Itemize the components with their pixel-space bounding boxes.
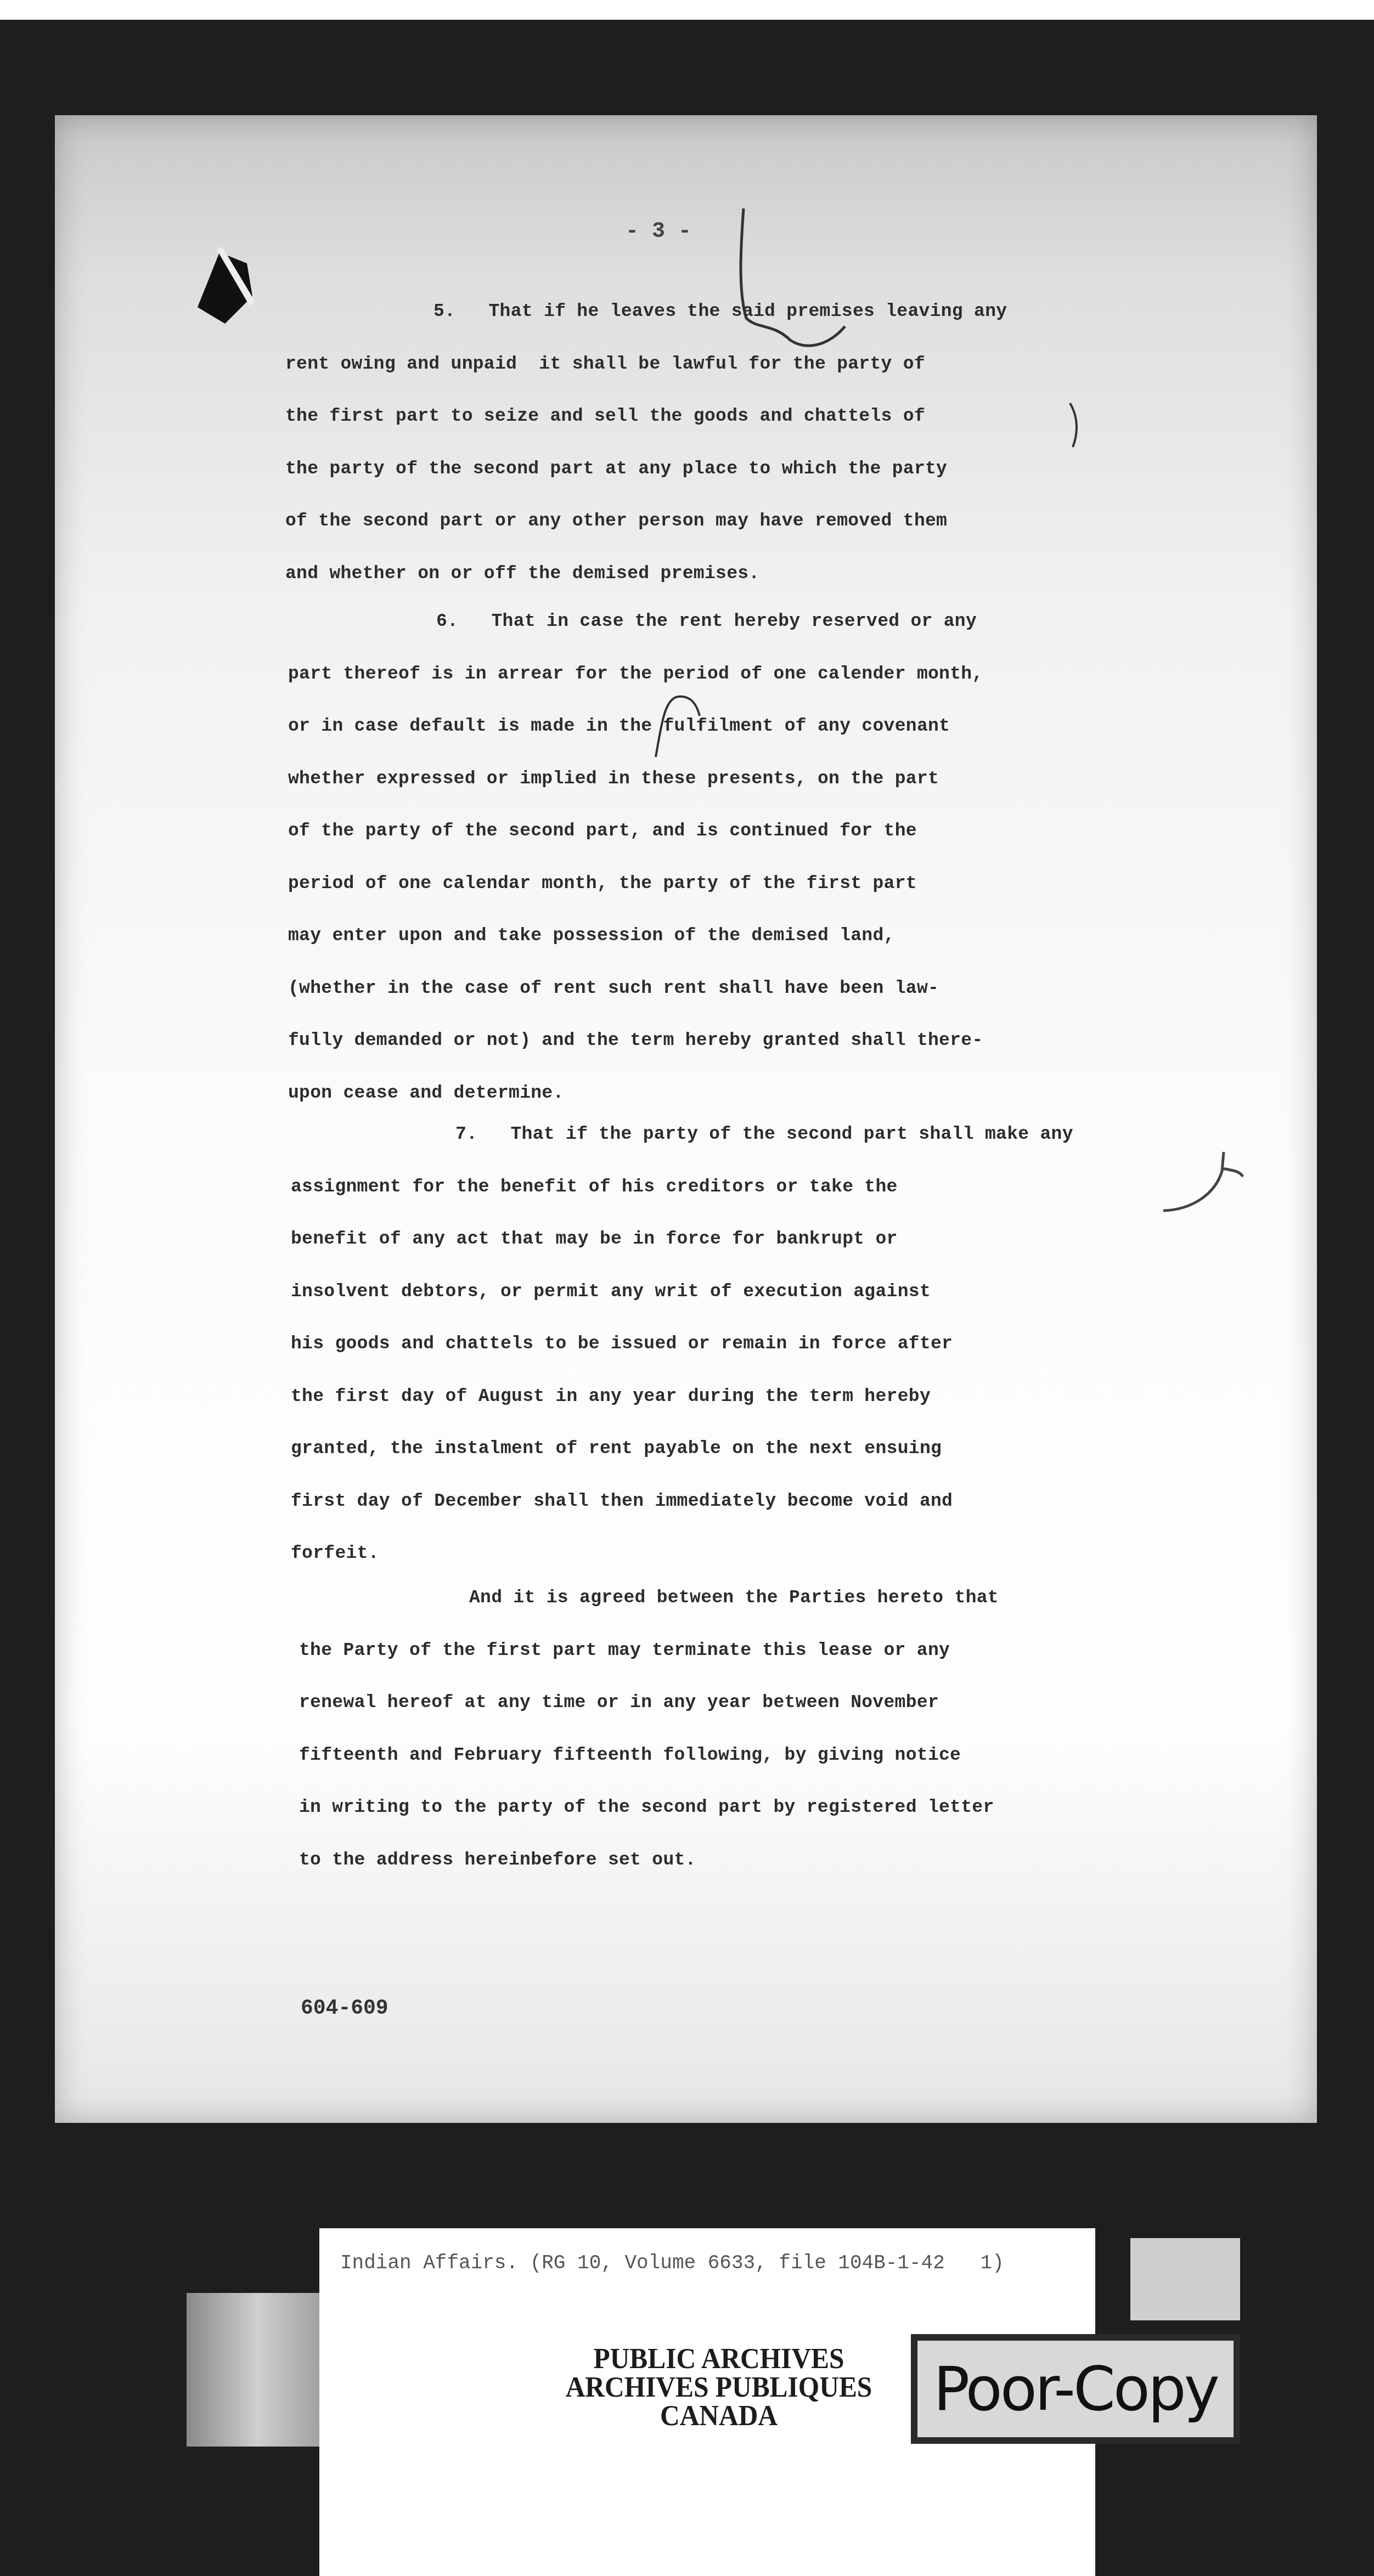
clause-line: in writing to the party of the second pa… [299,1781,1155,1834]
clause-line: 7. That if the party of the second part … [291,1108,1147,1161]
clause-line: 6. That in case the rent hereby reserved… [288,595,1144,648]
clause-line: rent owing and unpaid it shall be lawful… [285,338,1141,391]
clause-line: part thereof is in arrear for the period… [288,648,1144,701]
archive-stamp-shadow [187,2293,329,2447]
clause-line: fully demanded or not) and the term here… [288,1014,1144,1067]
clause-5: 5. That if he leaves the said premises l… [285,285,1141,600]
clause-line: And it is agreed between the Parties her… [299,1572,1155,1624]
clause-line: the Party of the first part may terminat… [299,1624,1155,1677]
clause-line: his goods and chattels to be issued or r… [291,1318,1147,1370]
stamp-line: ARCHIVES PUBLIQUES [537,2374,902,2402]
clause-line: first day of December shall then immedia… [291,1475,1147,1528]
clause-6: 6. That in case the rent hereby reserved… [288,595,1144,1119]
page-number: - 3 - [626,219,691,244]
clause-line: insolvent debtors, or permit any writ of… [291,1266,1147,1318]
public-archives-stamp: PUBLIC ARCHIVES ARCHIVES PUBLIQUES CANAD… [537,2345,902,2431]
poor-copy-stamp: Poor-Copy [911,2334,1240,2444]
clause-line: fifteenth and February fifteenth followi… [299,1729,1155,1782]
clause-line: assignment for the benefit of his credit… [291,1161,1147,1213]
clause-line: whether expressed or implied in these pr… [288,753,1144,805]
reference-number: 604-609 [301,1997,388,2020]
clause-line: or in case default is made in the fulfil… [288,700,1144,753]
archive-citation: Indian Affairs. (RG 10, Volume 6633, fil… [340,2252,1004,2274]
clause-line: 5. That if he leaves the said premises l… [285,285,1141,338]
clause-line: the first part to seize and sell the goo… [285,390,1141,443]
clip-shadow-icon [187,241,269,329]
clause-7: 7. That if the party of the second part … [291,1108,1147,1580]
clause-line: to the address hereinbefore set out. [299,1834,1155,1886]
termination-paragraph: And it is agreed between the Parties her… [299,1572,1155,1886]
clause-line: renewal hereof at any time or in any yea… [299,1676,1155,1729]
clause-line: the party of the second part at any plac… [285,443,1141,495]
archive-stamp-shadow [1130,2238,1240,2320]
stamp-line: PUBLIC ARCHIVES [537,2345,902,2374]
clause-line: (whether in the case of rent such rent s… [288,962,1144,1015]
clause-line: period of one calendar month, the party … [288,857,1144,910]
stamp-line: CANADA [537,2402,902,2431]
clause-line: benefit of any act that may be in force … [291,1213,1147,1266]
clause-line: of the second part or any other person m… [285,495,1141,547]
clause-line: of the party of the second part, and is … [288,805,1144,857]
clause-line: may enter upon and take possession of th… [288,909,1144,962]
clause-line: and whether on or off the demised premis… [285,547,1141,600]
clause-line: the first day of August in any year duri… [291,1370,1147,1423]
clause-line: granted, the instalment of rent payable … [291,1422,1147,1475]
